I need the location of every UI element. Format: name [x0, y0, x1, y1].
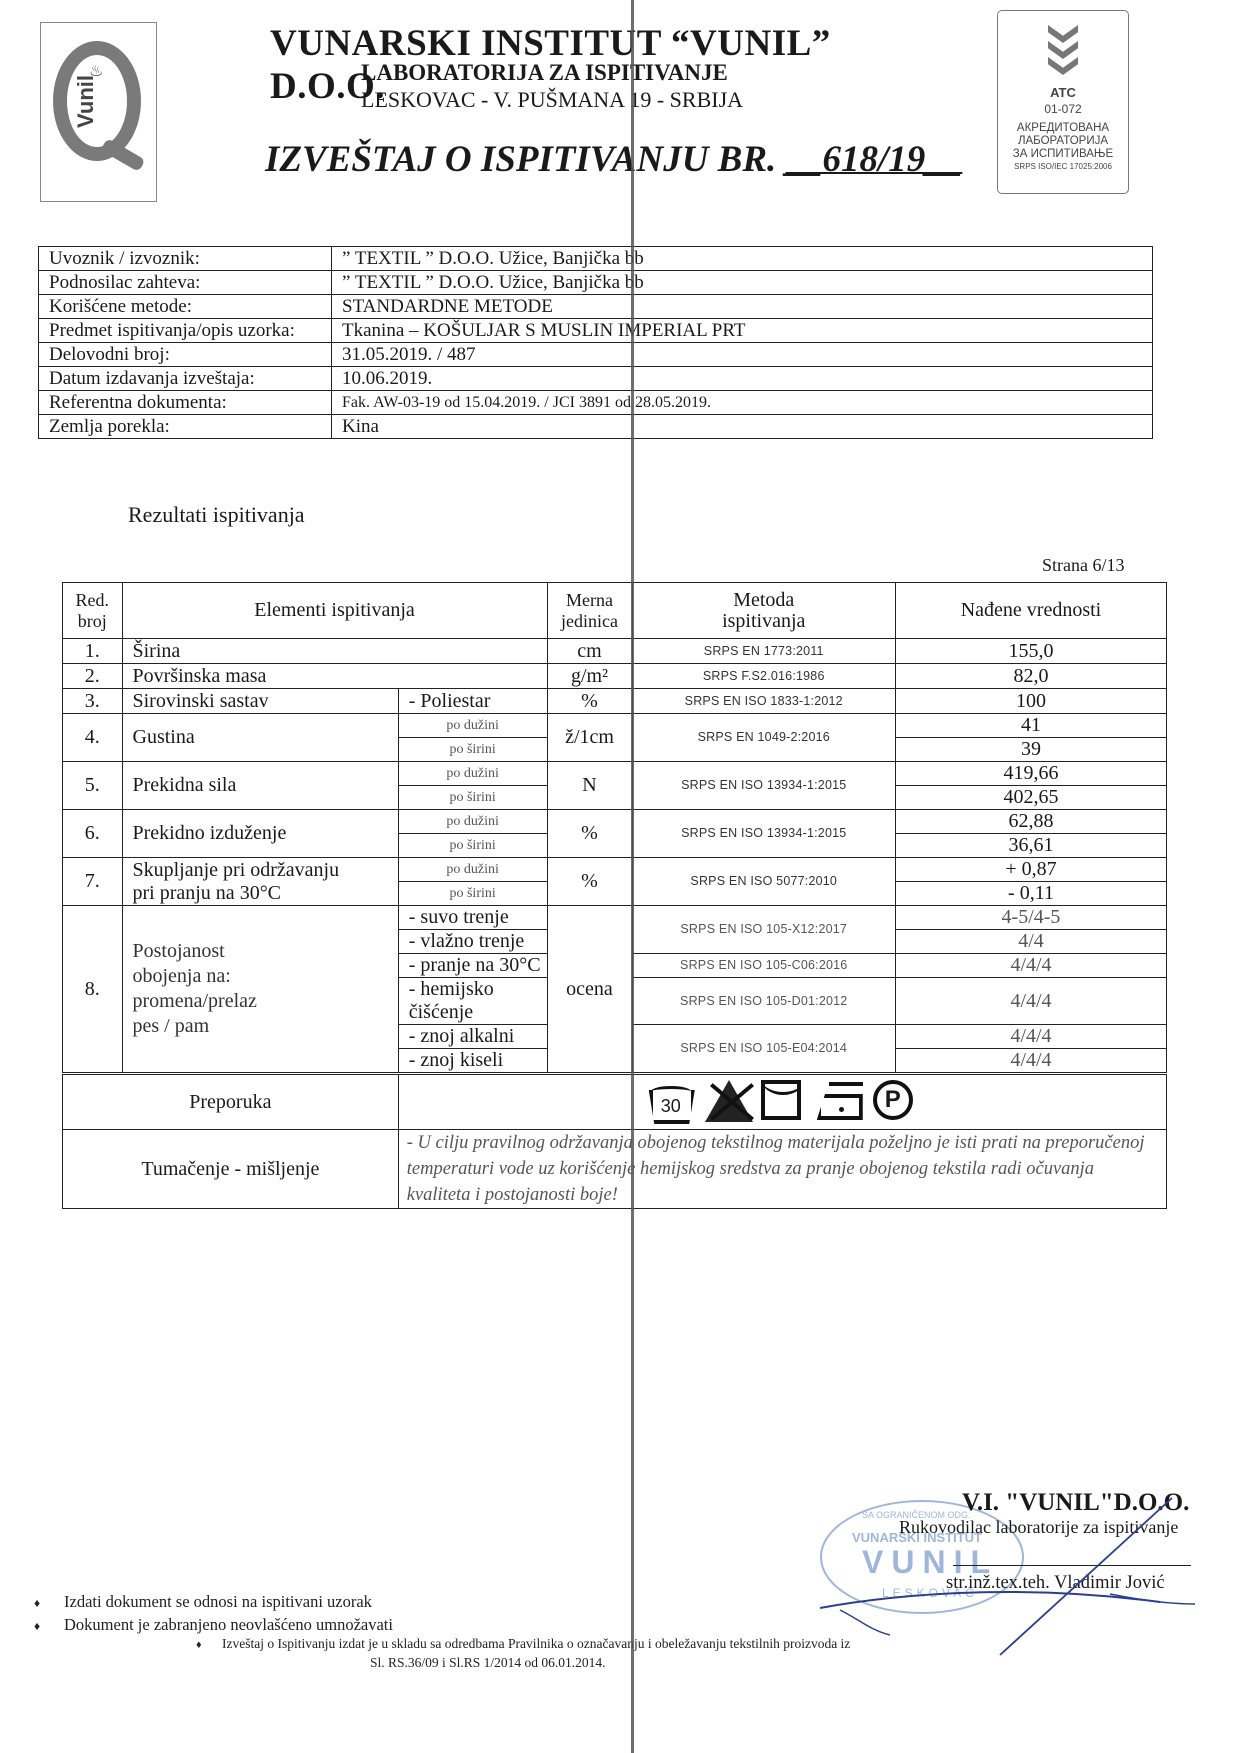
row-no: 1.: [63, 639, 123, 664]
institute-address: LESKOVAC - V. PUŠMANA 19 - SRBIJA: [361, 87, 743, 113]
info-label: Korišćene metode:: [39, 295, 332, 319]
recommendation-label: Preporuka: [63, 1074, 399, 1130]
row-unit: %: [547, 858, 632, 906]
row-unit: N: [547, 762, 632, 810]
report-title: IZVEŠTAJ O ISPITIVANJU BR. __618/19__: [265, 138, 962, 181]
row-unit: ocena: [547, 906, 632, 1074]
row-no: 2.: [63, 664, 123, 689]
fastness-method: SRPS EN ISO 105-E04:2014: [632, 1025, 896, 1074]
row-value-length: 41: [896, 714, 1167, 738]
fastness-value: 4/4/4: [896, 1025, 1167, 1049]
laboratory-name: LABORATORIJA ZA ISPITIVANJE: [361, 60, 728, 86]
tumble-dry-icon: [761, 1080, 809, 1124]
fastness-row: 8. Postojanostobojenja na:promena/prelaz…: [63, 906, 1167, 930]
row-method: SRPS EN ISO 5077:2010: [632, 858, 896, 906]
header-method: Metoda ispitivanja: [632, 583, 896, 639]
info-value: Fak. AW-03-19 od 15.04.2019. / JCI 3891 …: [332, 391, 1153, 415]
dir-length: po dužini: [398, 810, 547, 834]
accreditation-badge: ATC 01-072 АКРЕДИТОВАНА ЛАБОРАТОРИЈА ЗА …: [997, 10, 1129, 194]
fastness-value: 4/4: [896, 930, 1167, 954]
info-row: Uvoznik / izvoznik: ” TEXTIL ” D.O.O. Už…: [39, 247, 1153, 271]
dir-length: po dužini: [398, 858, 547, 882]
wash-30-icon: 30: [649, 1080, 697, 1124]
dir-width: po širini: [398, 834, 547, 858]
row-value-width: - 0,11: [896, 882, 1167, 906]
info-value: Tkanina – KOŠULJAR S MUSLIN IMPERIAL PRT: [332, 319, 1153, 343]
fastness-method: SRPS EN ISO 105-X12:2017: [632, 906, 896, 954]
logo-text: Vunil: [73, 75, 123, 128]
row-element: Gustina: [122, 714, 398, 762]
no-bleach-icon: [705, 1080, 753, 1124]
row-no: 3.: [63, 689, 123, 714]
results-title: Rezultati ispitivanja: [128, 502, 305, 528]
row-unit: g/m²: [547, 664, 632, 689]
care-symbols: 30 P: [398, 1074, 1166, 1130]
row-element: Skupljanje pri održavanjupri pranju na 3…: [122, 858, 398, 906]
report-number: __618/19__: [786, 139, 963, 180]
dir-length: po dužini: [398, 714, 547, 738]
legal-note: ♦Izveštaj o Ispitivanju izdat je u sklad…: [196, 1636, 850, 1652]
header-element: Elementi ispitivanja: [122, 583, 547, 639]
info-value: ” TEXTIL ” D.O.O. Užice, Banjička bb: [332, 247, 1153, 271]
footer-notes: ♦Izdati dokument se odnosi na ispitivani…: [34, 1591, 393, 1637]
info-value: ” TEXTIL ” D.O.O. Užice, Banjička bb: [332, 271, 1153, 295]
dir-width: po širini: [398, 786, 547, 810]
opinion-text: - U cilju pravilnog održavanja obojenog …: [398, 1130, 1166, 1209]
row-element: Širina: [122, 639, 547, 664]
scanner-artifact-line: [631, 0, 634, 1753]
fastness-value: 4/4/4: [896, 978, 1167, 1025]
page-number: Strana 6/13: [1042, 555, 1125, 576]
table-row: 7. Skupljanje pri održavanjupri pranju n…: [63, 858, 1167, 882]
row-value-length: + 0,87: [896, 858, 1167, 882]
info-label: Zemlja porekla:: [39, 415, 332, 439]
header-unit: Merna jedinica: [547, 583, 632, 639]
sample-info-table: Uvoznik / izvoznik: ” TEXTIL ” D.O.O. Už…: [38, 246, 1153, 439]
fastness-test: - suvo trenje: [398, 906, 547, 930]
info-row: Korišćene metode: STANDARDNE METODE: [39, 295, 1153, 319]
fastness-value: 4/4/4: [896, 954, 1167, 978]
row-method: SRPS EN 1773:2011: [632, 639, 896, 664]
table-row: 4. Gustina po dužini ž/1cm SRPS EN 1049-…: [63, 714, 1167, 738]
row-element: Prekidno izduženje: [122, 810, 398, 858]
iron-low-icon: [817, 1080, 865, 1124]
info-value: Kina: [332, 415, 1153, 439]
info-row: Podnosilac zahteva: ” TEXTIL ” D.O.O. Už…: [39, 271, 1153, 295]
institute-logo: ♨ Vunil: [40, 22, 157, 202]
fastness-test: - znoj alkalni: [398, 1025, 547, 1049]
handwritten-signature: [800, 1490, 1200, 1670]
atc-code: 01-072: [998, 102, 1128, 116]
dry-clean-p-icon: P: [873, 1080, 921, 1124]
row-no: 8.: [63, 906, 123, 1074]
info-value: 10.06.2019.: [332, 367, 1153, 391]
row-element: Površinska masa: [122, 664, 547, 689]
info-label: Delovodni broj:: [39, 343, 332, 367]
atc-line3: ЗА ИСПИТИВАЊЕ: [998, 148, 1128, 161]
info-row: Zemlja porekla: Kina: [39, 415, 1153, 439]
dir-width: po širini: [398, 882, 547, 906]
row-no: 5.: [63, 762, 123, 810]
table-row: 1. Širinacm SRPS EN 1773:2011 155,0: [63, 639, 1167, 664]
table-row: 3. Sirovinski sastav - Poliestar% SRPS E…: [63, 689, 1167, 714]
header-no: Red. broj: [63, 583, 123, 639]
row-no: 4.: [63, 714, 123, 762]
legal-note-ref: Sl. RS.36/09 i Sl.RS 1/2014 od 06.01.201…: [370, 1655, 606, 1671]
row-element: Sirovinski sastav: [122, 689, 398, 714]
footer-note-1: ♦Izdati dokument se odnosi na ispitivani…: [34, 1591, 393, 1614]
fastness-test: - znoj kiseli: [398, 1049, 547, 1074]
info-label: Referentna dokumenta:: [39, 391, 332, 415]
info-row: Predmet ispitivanja/opis uzorka: Tkanina…: [39, 319, 1153, 343]
info-label: Podnosilac zahteva:: [39, 271, 332, 295]
row-element: Prekidna sila: [122, 762, 398, 810]
atc-chevron-icon: [1048, 25, 1078, 77]
footer-note-2: ♦Dokument je zabranjeno neovlašćeno umno…: [34, 1614, 393, 1637]
fastness-element: Postojanostobojenja na:promena/prelazpes…: [122, 906, 398, 1074]
dir-width: po širini: [398, 738, 547, 762]
fastness-method: SRPS EN ISO 105-C06:2016: [632, 954, 896, 978]
atc-line1: АКРЕДИТОВАНА: [998, 122, 1128, 135]
fastness-test: - pranje na 30°C: [398, 954, 547, 978]
row-value-width: 39: [896, 738, 1167, 762]
row-no: 7.: [63, 858, 123, 906]
dir-length: po dužini: [398, 762, 547, 786]
header-value: Nađene vrednosti: [896, 583, 1167, 639]
info-value: STANDARDNE METODE: [332, 295, 1153, 319]
fastness-value: 4/4/4: [896, 1049, 1167, 1074]
atc-standard: SRPS ISO/IEC 17025:2006: [998, 162, 1128, 171]
row-no: 6.: [63, 810, 123, 858]
report-prefix: IZVEŠTAJ O ISPITIVANJU BR.: [265, 139, 776, 180]
info-label: Predmet ispitivanja/opis uzorka:: [39, 319, 332, 343]
info-row: Delovodni broj: 31.05.2019. / 487: [39, 343, 1153, 367]
row-value: 155,0: [896, 639, 1167, 664]
row-sub: - Poliestar: [398, 689, 547, 714]
table-row: 2. Površinska masag/m² SRPS F.S2.016:198…: [63, 664, 1167, 689]
fastness-test: - hemijsko čišćenje: [398, 978, 547, 1025]
fastness-value: 4-5/4-5: [896, 906, 1167, 930]
info-label: Uvoznik / izvoznik:: [39, 247, 332, 271]
row-unit: %: [547, 810, 632, 858]
opinion-label: Tumačenje - mišljenje: [63, 1130, 399, 1209]
row-method: SRPS EN ISO 13934-1:2015: [632, 810, 896, 858]
table-row: 6. Prekidno izduženje po dužini % SRPS E…: [63, 810, 1167, 834]
row-value: 100: [896, 689, 1167, 714]
table-row: 5. Prekidna sila po dužini N SRPS EN ISO…: [63, 762, 1167, 786]
row-value-width: 36,61: [896, 834, 1167, 858]
row-value-length: 62,88: [896, 810, 1167, 834]
row-value-width: 402,65: [896, 786, 1167, 810]
row-unit: %: [547, 689, 632, 714]
row-unit: ž/1cm: [547, 714, 632, 762]
info-value: 31.05.2019. / 487: [332, 343, 1153, 367]
row-method: SRPS EN 1049-2:2016: [632, 714, 896, 762]
row-value-length: 419,66: [896, 762, 1167, 786]
row-method: SRPS F.S2.016:1986: [632, 664, 896, 689]
info-label: Datum izdavanja izveštaja:: [39, 367, 332, 391]
results-table: Red. broj Elementi ispitivanja Merna jed…: [62, 582, 1167, 1209]
info-row: Referentna dokumenta: Fak. AW-03-19 od 1…: [39, 391, 1153, 415]
row-value: 82,0: [896, 664, 1167, 689]
row-unit: cm: [547, 639, 632, 664]
row-method: SRPS EN ISO 13934-1:2015: [632, 762, 896, 810]
row-method: SRPS EN ISO 1833-1:2012: [632, 689, 896, 714]
fastness-test: - vlažno trenje: [398, 930, 547, 954]
atc-org: ATC: [998, 85, 1128, 100]
info-row: Datum izdavanja izveštaja: 10.06.2019.: [39, 367, 1153, 391]
fastness-method: SRPS EN ISO 105-D01:2012: [632, 978, 896, 1025]
atc-line2: ЛАБОРАТОРИЈА: [998, 135, 1128, 148]
